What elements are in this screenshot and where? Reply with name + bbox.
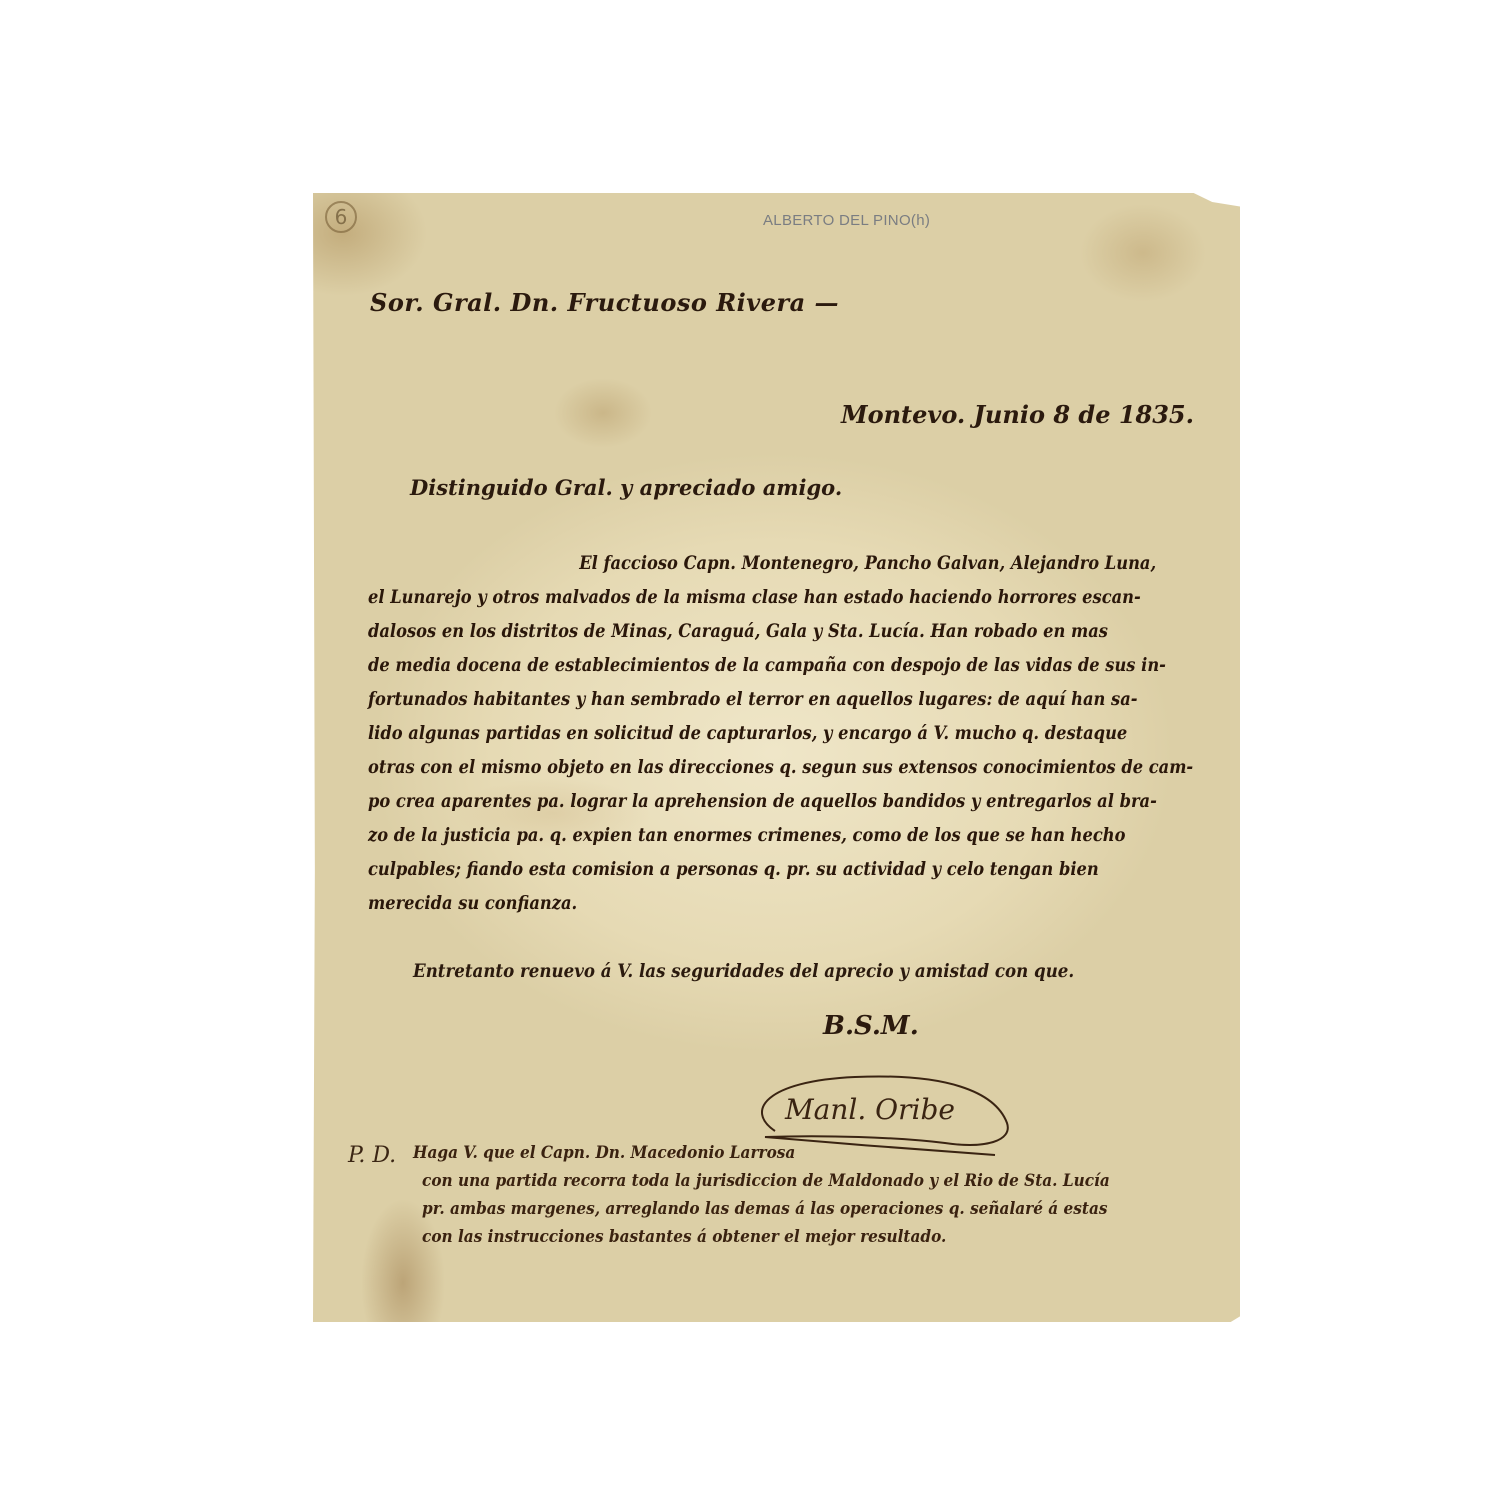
body-line: el Lunarejo y otros malvados de la misma… [368, 587, 1134, 621]
letter-body: El faccioso Capn. Montenegro, Pancho Gal… [368, 553, 1238, 927]
postscript: Haga V. que el Capn. Dn. Macedonio Larro… [413, 1143, 1233, 1255]
postscript-mark: P. D. [348, 1143, 396, 1168]
body-line: zo de la justicia pa. q. expien tan enor… [368, 825, 1134, 859]
body-line: de media docena de establecimientos de l… [368, 655, 1134, 689]
collection-stamp: ALBERTO DEL PINO(h) [763, 212, 930, 229]
postscript-line: Haga V. que el Capn. Dn. Macedonio Larro… [413, 1143, 1151, 1171]
postscript-line: con las instrucciones bastantes á obtene… [413, 1227, 1151, 1255]
body-line: lido algunas partidas en solicitud de ca… [368, 723, 1134, 757]
body-line: El faccioso Capn. Montenegro, Pancho Gal… [368, 553, 1134, 587]
body-line: otras con el mismo objeto en las direcci… [368, 757, 1134, 791]
body-line: culpables; fiando esta comision a person… [368, 859, 1134, 893]
body-line: merecida su confianza. [368, 893, 1134, 927]
signature-name: Manl. Oribe [785, 1093, 955, 1126]
archive-number-mark: 6 [325, 201, 357, 233]
closing-line: Entretanto renuevo á V. las seguridades … [413, 961, 1074, 982]
body-line: dalosos en los distritos de Minas, Carag… [368, 621, 1134, 655]
salutation: Distinguido Gral. y apreciado amigo. [410, 475, 842, 500]
postscript-line: con una partida recorra toda la jurisdic… [413, 1171, 1151, 1199]
date-line: Montevo. Junio 8 de 1835. [841, 400, 1194, 429]
body-line: fortunados habitantes y han sembrado el … [368, 689, 1134, 723]
postscript-line: pr. ambas margenes, arreglando las demas… [413, 1199, 1151, 1227]
addressee-line: Sor. Gral. Dn. Fructuoso Rivera — [370, 288, 839, 317]
body-line: po crea aparentes pa. lograr la aprehens… [368, 791, 1134, 825]
closing-abbreviation: B.S.M. [823, 1011, 919, 1041]
letter-sheet: 6 ALBERTO DEL PINO(h) Sor. Gral. Dn. Fru… [313, 193, 1240, 1322]
